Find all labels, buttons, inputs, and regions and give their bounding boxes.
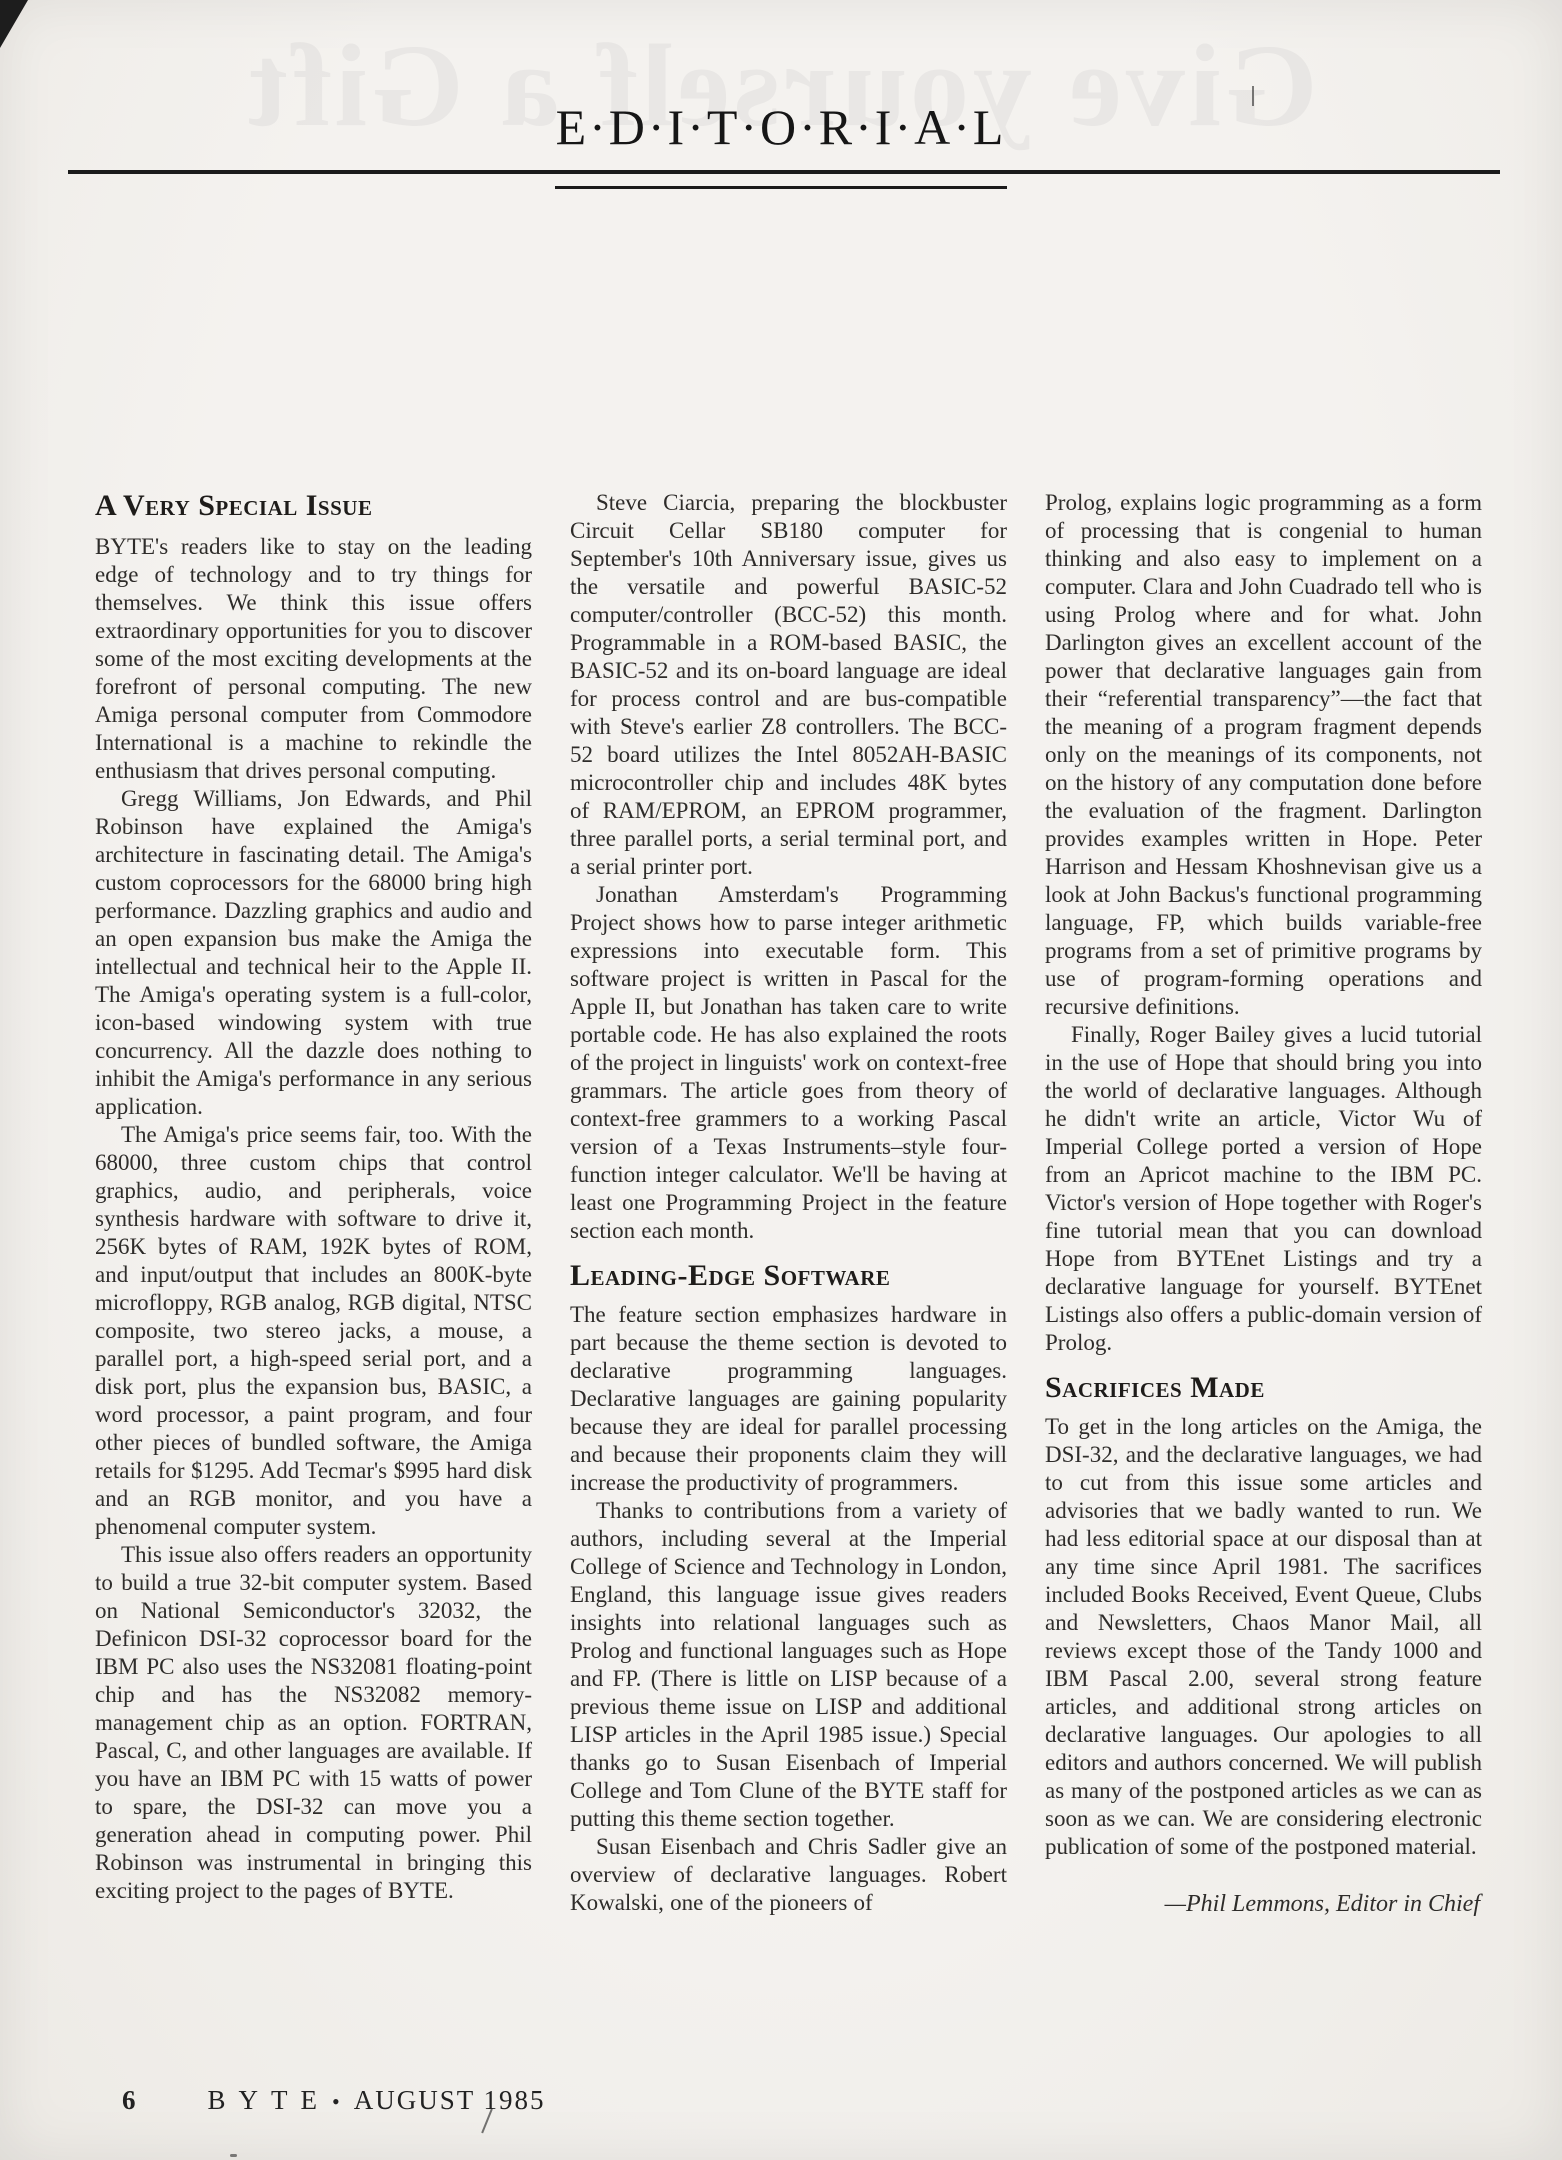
paragraph: To get in the long articles on the Amiga… <box>1045 1413 1482 1861</box>
section-heading-sacrifices: Sacrifices Made <box>1045 1371 1482 1405</box>
paragraph: The feature section emphasizes hardware … <box>570 1301 1007 1497</box>
column-2: Steve Ciarcia, preparing the blockbuster… <box>570 489 1007 1918</box>
paragraph: This issue also offers readers an opport… <box>95 1541 532 1905</box>
paragraph: Jonathan Amsterdam's Programming Project… <box>570 881 1007 1245</box>
masthead: E·D·I·T·O·R·I·A·L <box>0 0 1562 189</box>
masthead-rule-full <box>68 170 1500 174</box>
paragraph: Gregg Williams, Jon Edwards, and Phil Ro… <box>95 785 532 1121</box>
editorial-body: A Very Special Issue BYTE's readers like… <box>0 489 1562 1918</box>
issue-date: AUGUST 1985 <box>354 2085 546 2116</box>
column-1: A Very Special Issue BYTE's readers like… <box>95 489 532 1918</box>
magazine-name: BYTE <box>208 2085 331 2116</box>
column-3: Prolog, explains logic programming as a … <box>1045 489 1482 1918</box>
editor-signature: —Phil Lemmons, Editor in Chief <box>1045 1891 1482 1918</box>
section-heading-special-issue: A Very Special Issue <box>95 489 532 523</box>
scan-artifact-speck <box>230 2154 237 2157</box>
paragraph: Susan Eisenbach and Chris Sadler give an… <box>570 1833 1007 1917</box>
footer-bullet: • <box>332 2089 340 2115</box>
page-number: 6 <box>122 2085 136 2116</box>
paragraph: BYTE's readers like to stay on the leadi… <box>95 533 532 785</box>
section-heading-leading-edge: Leading-Edge Software <box>570 1259 1007 1293</box>
page-title: E·D·I·T·O·R·I·A·L <box>0 98 1562 156</box>
masthead-rule-short <box>555 186 1007 189</box>
page-footer: 6 BYTE • AUGUST 1985 <box>122 2085 545 2116</box>
paragraph: Prolog, explains logic programming as a … <box>1045 489 1482 1021</box>
paragraph: Steve Ciarcia, preparing the blockbuster… <box>570 489 1007 881</box>
magazine-page: Give yourself a Gift E·D·I·T·O·R·I·A·L A… <box>0 0 1562 2160</box>
scan-artifact-scratch <box>1252 86 1254 106</box>
paragraph: Finally, Roger Bailey gives a lucid tuto… <box>1045 1021 1482 1357</box>
paragraph: Thanks to contributions from a variety o… <box>570 1497 1007 1833</box>
paragraph: The Amiga's price seems fair, too. With … <box>95 1121 532 1541</box>
